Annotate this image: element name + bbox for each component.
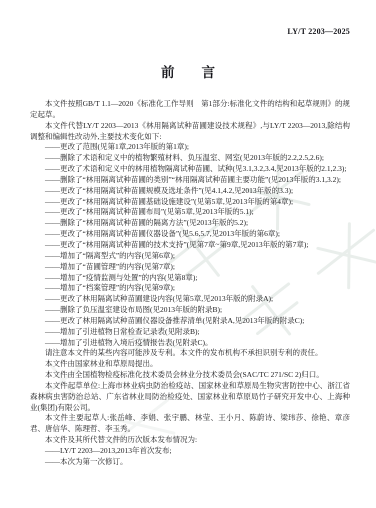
change-item: ——删除了术语和定义中的植物繁殖材料、负压温室、网室(见2013年版的2.2,2… [30, 153, 350, 164]
paragraph-replacement: 本文件代替LY/T 2203—2013《林用隔离试种苗圃建设技术规程》,与LY/… [30, 121, 350, 143]
change-item: ——删除了“林用隔离试种苗圃的类别”“林用隔离试种苗圃主要功能”(见2013年版… [30, 175, 350, 186]
paragraph-centralized-by: 本文件由全国植物检疫标准化技术委员会林业分技术委员会(SAC/TC 271/SC… [30, 370, 350, 381]
change-item: ——更改了林用隔离试种苗圃建设内容(见第5章,见2013年版的附录A); [30, 294, 350, 305]
paragraph-proposed-by: 本文件由国家林业和草原局提出。 [30, 359, 350, 370]
history-item: ——LY/T 2203—2013,2013年首次发布; [30, 446, 350, 457]
change-list: ——更改了范围(见第1章,2013年版的第1章); ——删除了术语和定义中的植物… [30, 142, 350, 348]
foreword-body: 本文件按照GB/T 1.1—2020《标准化工作导则 第1部分:标准化文件的结构… [30, 99, 350, 468]
document-page: LY/T 2203—2025 前 言 本文件按照GB/T 1.1—2020《标准… [0, 0, 376, 508]
change-item: ——增加了“隔离型式”的内容(见第6章); [30, 251, 350, 262]
change-item: ——增加了引进植物入境后疫情报告表(见附录C)。 [30, 338, 350, 349]
change-item: ——更改了“林用隔离试种苗圃基础设施建设”(见第5章,见2013年版的第4章); [30, 197, 350, 208]
change-item: ——删除了负压温室建设布局图(见2013年版的附录B); [30, 305, 350, 316]
paragraph-drafters: 本文件主要起草人:张岳峰、李娟、张宇鹏、林莹、王小月、陈蔚诗、梁玮莎、徐艳、章彦… [30, 413, 350, 435]
change-item: ——增加了“疫情监测与处置”的内容(见第8章); [30, 273, 350, 284]
change-item: ——更改了术语和定义中的林用植物隔离试种苗圃、试种(见3.1,3.2,3.4,见… [30, 164, 350, 175]
history-item: ——本次为第一次修订。 [30, 457, 350, 468]
change-item: ——增加了引进植物日常检查记录表(见附录B); [30, 327, 350, 338]
change-item: ——更改了“林用隔离试种苗圃布局”(见第5章,见2013年版的5.1); [30, 207, 350, 218]
paragraph-patent-note: 请注意本文件的某些内容可能涉及专利。本文件的发布机构不承担识别专利的责任。 [30, 348, 350, 359]
paragraph-history-intro: 本文件及其所代替文件的历次版本发布情况为: [30, 435, 350, 446]
change-item: ——更改了范围(见第1章,2013年版的第1章); [30, 142, 350, 153]
change-item: ——更改了“林用隔离试种苗圃的技术支持”(见第7章~第9章,见2013年版的第7… [30, 240, 350, 251]
change-item: ——更改了“林用隔离试种苗圃仪器设备”(见5.6,5.7,见2013年版的第6章… [30, 229, 350, 240]
paragraph-standard-basis: 本文件按照GB/T 1.1—2020《标准化工作导则 第1部分:标准化文件的结构… [30, 99, 350, 121]
paragraph-drafting-units: 本文件起草单位:上海市林业病虫防治检疫站、国家林业和草原局生物灾害防控中心、浙江… [30, 381, 350, 414]
history-list: ——LY/T 2203—2013,2013年首次发布; ——本次为第一次修订。 [30, 446, 350, 468]
change-item: ——增加了“苗圃管理”的内容(见第7章); [30, 262, 350, 273]
change-item: ——更改了林用隔离试种苗圃仪器设备推荐清单(见附录A,见2013年版的附录C); [30, 316, 350, 327]
change-item: ——更改了“林用隔离试种苗圃规模及选址条件”(见4.1,4.2,见2013年版的… [30, 186, 350, 197]
foreword-title: 前 言 [0, 61, 376, 81]
doc-number: LY/T 2203—2025 [0, 27, 350, 36]
change-item: ——删除了“林用隔离试种苗圃的隔离方法”(见2013年版的5.2); [30, 218, 350, 229]
change-item: ——增加了“档案管理”的内容(见第9章); [30, 283, 350, 294]
